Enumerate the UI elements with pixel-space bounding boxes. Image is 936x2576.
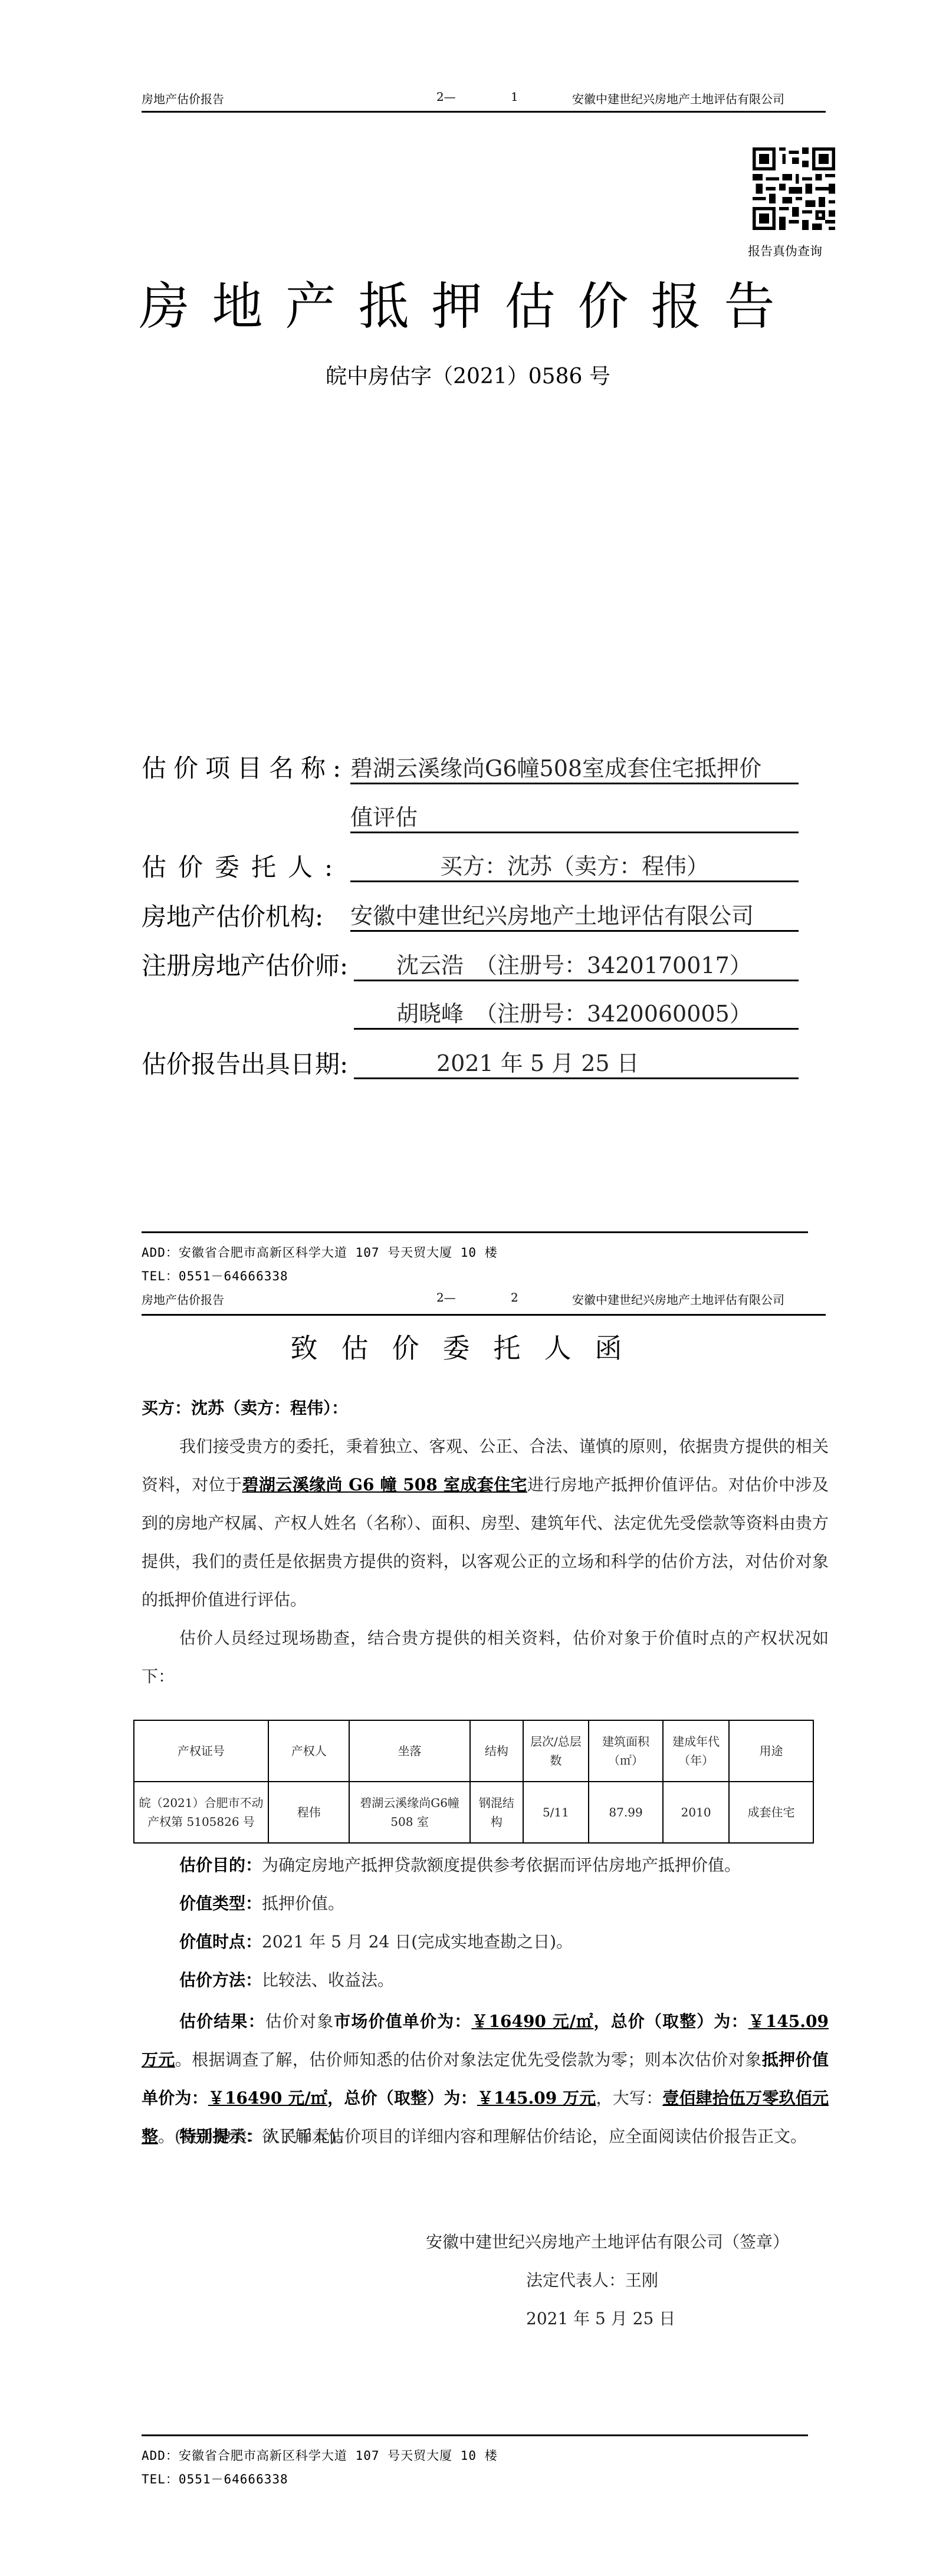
table-cell-owner: 程伟 [268, 1782, 349, 1843]
field-value-project-name-line2: 值评估 [350, 799, 799, 833]
signature-legal-rep: 法定代表人：王刚 [526, 2268, 658, 2291]
result-text: ，大写： [596, 2088, 663, 2108]
result-text-bold: 市场价值单价为： [334, 2012, 471, 2031]
qr-caption: 报告真伪查询 [748, 242, 822, 259]
header-company: 安徽中建世纪兴房地产土地评估有限公司 [572, 1290, 784, 1307]
survey-paragraph: 估价人员经过现场勘查，结合贵方提供的相关资料，估价对象于价值时点的产权状况如下： [142, 1619, 829, 1696]
method-value: 比较法、收益法。 [262, 1970, 394, 1990]
table-header-cell: 建成年代（年） [663, 1720, 729, 1782]
footer-address: ADD：安徽省合肥市高新区科学大道 107 号天贸大厦 10 楼 [142, 1243, 498, 1261]
header-page-number: 2 [511, 1290, 518, 1305]
property-name-emphasis: 碧湖云溪缘尚 G6 幢 508 室成套住宅 [242, 1475, 527, 1494]
footer-phone: TEL：0551－64666338 [142, 2470, 288, 2488]
intro-text-c: 进行房地产抵押价值评估。对估价中涉及到的房地产权属、产权人姓名（名称）、面积、房… [142, 1475, 829, 1609]
salutation: 买方：沈苏（卖方：程伟）： [142, 1389, 829, 1427]
signature-date: 2021 年 5 月 25 日 [526, 2306, 675, 2329]
value-type-label: 价值类型： [179, 1894, 262, 1913]
result-text: 估价对象 [265, 2012, 334, 2031]
table-header-cell: 用途 [729, 1720, 813, 1782]
table-header-cell: 产权证号 [134, 1720, 268, 1782]
value-date-label: 价值时点： [179, 1932, 262, 1951]
header-page-prefix: 2— [436, 1290, 456, 1305]
table-header-cell: 建筑面积（㎡） [589, 1720, 664, 1782]
field-value-appraiser-2: 胡晓峰 （注册号：3420060005） [354, 995, 799, 1030]
table-cell-year: 2010 [663, 1782, 729, 1843]
field-label-client: 估价委托人: [142, 848, 344, 883]
method-line: 估价方法：比较法、收益法。 [142, 1961, 829, 1999]
market-unit-price: ￥16490 元/㎡ [471, 2012, 593, 2031]
result-text: 。根据调查了解，估价师知悉的估价对象法定优先受偿款为零；则本次估价对象 [175, 2050, 762, 2069]
footer-phone: TEL：0551－64666338 [142, 1267, 288, 1284]
table-header-cell: 产权人 [268, 1720, 349, 1782]
header-divider [142, 111, 826, 113]
result-label: 估价结果： [179, 2012, 265, 2031]
signature-company: 安徽中建世纪兴房地产土地评估有限公司（签章） [426, 2229, 789, 2253]
report-number: 皖中房估字（2021）0586 号 [0, 360, 936, 390]
tip-text: 欲了解本估价项目的详细内容和理解估价结论，应全面阅读估价报告正文。 [262, 2127, 807, 2146]
value-type-line: 价值类型：抵押价值。 [142, 1884, 829, 1923]
field-label-issue-date: 估价报告出具日期: [142, 1045, 348, 1080]
qr-code-icon[interactable] [753, 147, 835, 230]
header-company: 安徽中建世纪兴房地产土地评估有限公司 [572, 90, 784, 107]
table-cell-floor: 5/11 [523, 1782, 589, 1843]
table-cell-area: 87.99 [589, 1782, 664, 1843]
field-label-agency: 房地产估价机构: [142, 898, 323, 933]
mortgage-total-price: ￥145.09 万元 [477, 2088, 596, 2108]
result-text-bold: ，总价（取整）为： [593, 2012, 748, 2031]
footer-divider [142, 1231, 808, 1233]
table-header-cell: 坐落 [349, 1720, 469, 1782]
purpose-value: 为确定房地产抵押贷款额度提供参考依据而评估房地产抵押价值。 [262, 1855, 741, 1875]
table-cell-usage: 成套住宅 [729, 1782, 813, 1843]
field-value-agency: 安徽中建世纪兴房地产土地评估有限公司 [350, 898, 799, 932]
value-type-value: 抵押价值。 [262, 1894, 344, 1913]
header-report-type: 房地产估价报告 [142, 90, 224, 107]
tip-paragraph: 特别提示：欲了解本估价项目的详细内容和理解估价结论，应全面阅读估价报告正文。 [142, 2117, 829, 2156]
tip-label: 特别提示： [179, 2127, 262, 2146]
property-table: 产权证号 产权人 坐落 结构 层次/总层数 建筑面积（㎡） 建成年代（年） 用途… [133, 1720, 814, 1844]
value-date-value: 2021 年 5 月 24 日(完成实地查勘之日)。 [262, 1932, 573, 1951]
purpose-line: 估价目的：为确定房地产抵押贷款额度提供参考依据而评估房地产抵押价值。 [142, 1846, 829, 1884]
letter-title: 致估价委托人函 [0, 1327, 936, 1366]
report-title: 房地产抵押估价报告 [0, 265, 936, 339]
mortgage-unit-price: ￥16490 元/㎡ [208, 2088, 327, 2108]
table-header-row: 产权证号 产权人 坐落 结构 层次/总层数 建筑面积（㎡） 建成年代（年） 用途 [134, 1720, 813, 1782]
header-report-type: 房地产估价报告 [142, 1290, 224, 1307]
table-cell-structure: 钢混结构 [470, 1782, 523, 1843]
footer-address: ADD：安徽省合肥市高新区科学大道 107 号天贸大厦 10 楼 [142, 2446, 498, 2464]
purpose-label: 估价目的： [179, 1855, 262, 1875]
table-header-cell: 结构 [470, 1720, 523, 1782]
field-label-appraisers: 注册房地产估价师: [142, 947, 348, 982]
header-divider [142, 1314, 826, 1316]
table-cell-cert-no: 皖（2021）合肥市不动产权第 5105826 号 [134, 1782, 268, 1843]
table-row: 皖（2021）合肥市不动产权第 5105826 号 程伟 碧湖云溪缘尚G6幢 5… [134, 1782, 813, 1843]
field-value-appraiser-1: 沈云浩 （注册号：3420170017） [354, 947, 799, 981]
footer-divider [142, 2434, 808, 2436]
result-text-bold: ，总价（取整）为： [327, 2088, 477, 2108]
value-date-line: 价值时点：2021 年 5 月 24 日(完成实地查勘之日)。 [142, 1923, 829, 1961]
header-page-number: 1 [511, 90, 518, 104]
table-cell-location: 碧湖云溪缘尚G6幢 508 室 [349, 1782, 469, 1843]
table-header-cell: 层次/总层数 [523, 1720, 589, 1782]
field-value-client: 买方：沈苏（卖方：程伟） [350, 848, 799, 882]
field-value-issue-date: 2021 年 5 月 25 日 [354, 1045, 799, 1079]
field-label-project-name: 估价项目名称: [142, 749, 348, 784]
intro-paragraph: 我们接受贵方的委托，秉着独立、客观、公正、合法、谨慎的原则，依据贵方提供的相关资… [142, 1427, 829, 1619]
header-page-prefix: 2— [436, 90, 456, 104]
field-value-project-name-line1: 碧湖云溪缘尚G6幢508室成套住宅抵押价 [350, 750, 799, 784]
method-label: 估价方法： [179, 1970, 262, 1990]
